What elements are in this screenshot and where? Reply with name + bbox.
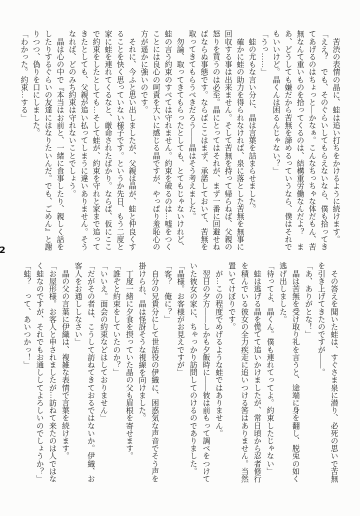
paragraph: が…この程度でめげるような蛙ではありません。 <box>212 262 225 488</box>
paragraph: 蛙は逃げる晶を慌てて追いかけましたが、常日頃から忍者修行を積んでいる彼女の全力疾… <box>225 262 263 488</box>
paragraph: 丁度一緒に夕食を摂っていた晶の父も眉根を寄せます。 <box>122 262 135 488</box>
paragraph: 蛙の尤もな言い分に、晶は言葉を詰まらせました。 <box>246 30 258 254</box>
paragraph: その答えを聞いた蛙は、すぐさま泉に潜り、必死の思いで苦無を引き上げてきたのですが… <box>314 262 340 488</box>
paragraph: 「晶様。お客様がお見えですが」 <box>174 262 187 488</box>
paragraph: 「うっ……」 <box>258 30 270 254</box>
paragraph: 苦渋の表情の晶に、蛙は追い打ちをかけるように続けます。 <box>330 30 342 254</box>
paragraph: 「わかった。約束…する」 <box>18 30 30 254</box>
paragraph: 晶の父の言葉に伊織は、複雑な表情で言葉を続けます。 <box>58 262 71 488</box>
paragraph: 確かに蛙の助力を得られなければ、泉に落とした苦無を無事に回収する事は出来ません。… <box>186 30 246 254</box>
paragraph: 「誰ぞと約束をしていたのか？」 <box>110 262 123 488</box>
paragraph: 「客？ 俺に？」 <box>161 262 174 488</box>
paragraph: 「いいえ。面会の約束などはしておりません」 <box>97 262 110 488</box>
page-number: 22 <box>0 246 5 256</box>
paragraph: それに、今ふと思い出しましたが、父親は晶が、蛙と仲良くすることを快く思っていない… <box>66 30 138 254</box>
paragraph: 翌日の夕方――しかも夕飯時に――彼は前もって調べをつけていた彼女の家に、ちゃっか… <box>186 262 212 488</box>
paragraph: 晶は心の中で『本当はお前と、一緒に食事したり、親しく話をしたりするぐらいの友達に… <box>30 30 66 254</box>
top-text-block: 苦渋の表情の晶に、蛙は追い打ちをかけるように続けます。「ええ？ でも、そのぐらい… <box>16 30 342 254</box>
paragraph: 「あ、ありがとな！」 <box>302 262 315 488</box>
paragraph: 「お屋形様。お客人と申されましたが…訪ねて来たのは人ではなく蛙なのですが、それで… <box>33 262 59 488</box>
bottom-text-block: その答えを聞いた蛙は、すぐさま泉に潜り、必死の思いで苦無を引き上げてきたのですが… <box>16 262 340 488</box>
paragraph: 「ええ？ でも、そのぐらいしてもらえないなら、僕も拾ってきてあげるのはちょっと―… <box>270 30 330 254</box>
paragraph: 「だがその者は、こうして訪ねてきておるではないか。伊織、お客人をお通ししなさい」 <box>71 262 97 488</box>
paragraph: 「待ってよ、晶くん。僕も連れてってよ。約束したじゃない」 <box>263 262 276 488</box>
paragraph: 「蛙？ って、あいつかっ！」 <box>20 262 33 488</box>
paragraph: 勿論、取ってきてもらったとしても、とてもじゃないけれど、蛙の言う約束のすべては守… <box>138 30 186 254</box>
paragraph: 自分の兄貴分にして世話役の伊織に、困惑気な声音でそう声を掛けられ、晶は怪訝そうな… <box>135 262 161 488</box>
paragraph: 晶は苦無を受け取り礼を言うと、途端に身を翻し、脱兎の如く逃げ出しました。 <box>276 262 302 488</box>
novel-page: 22 苦渋の表情の晶に、蛙は追い打ちをかけるように続けます。「ええ？ でも、その… <box>0 0 360 516</box>
